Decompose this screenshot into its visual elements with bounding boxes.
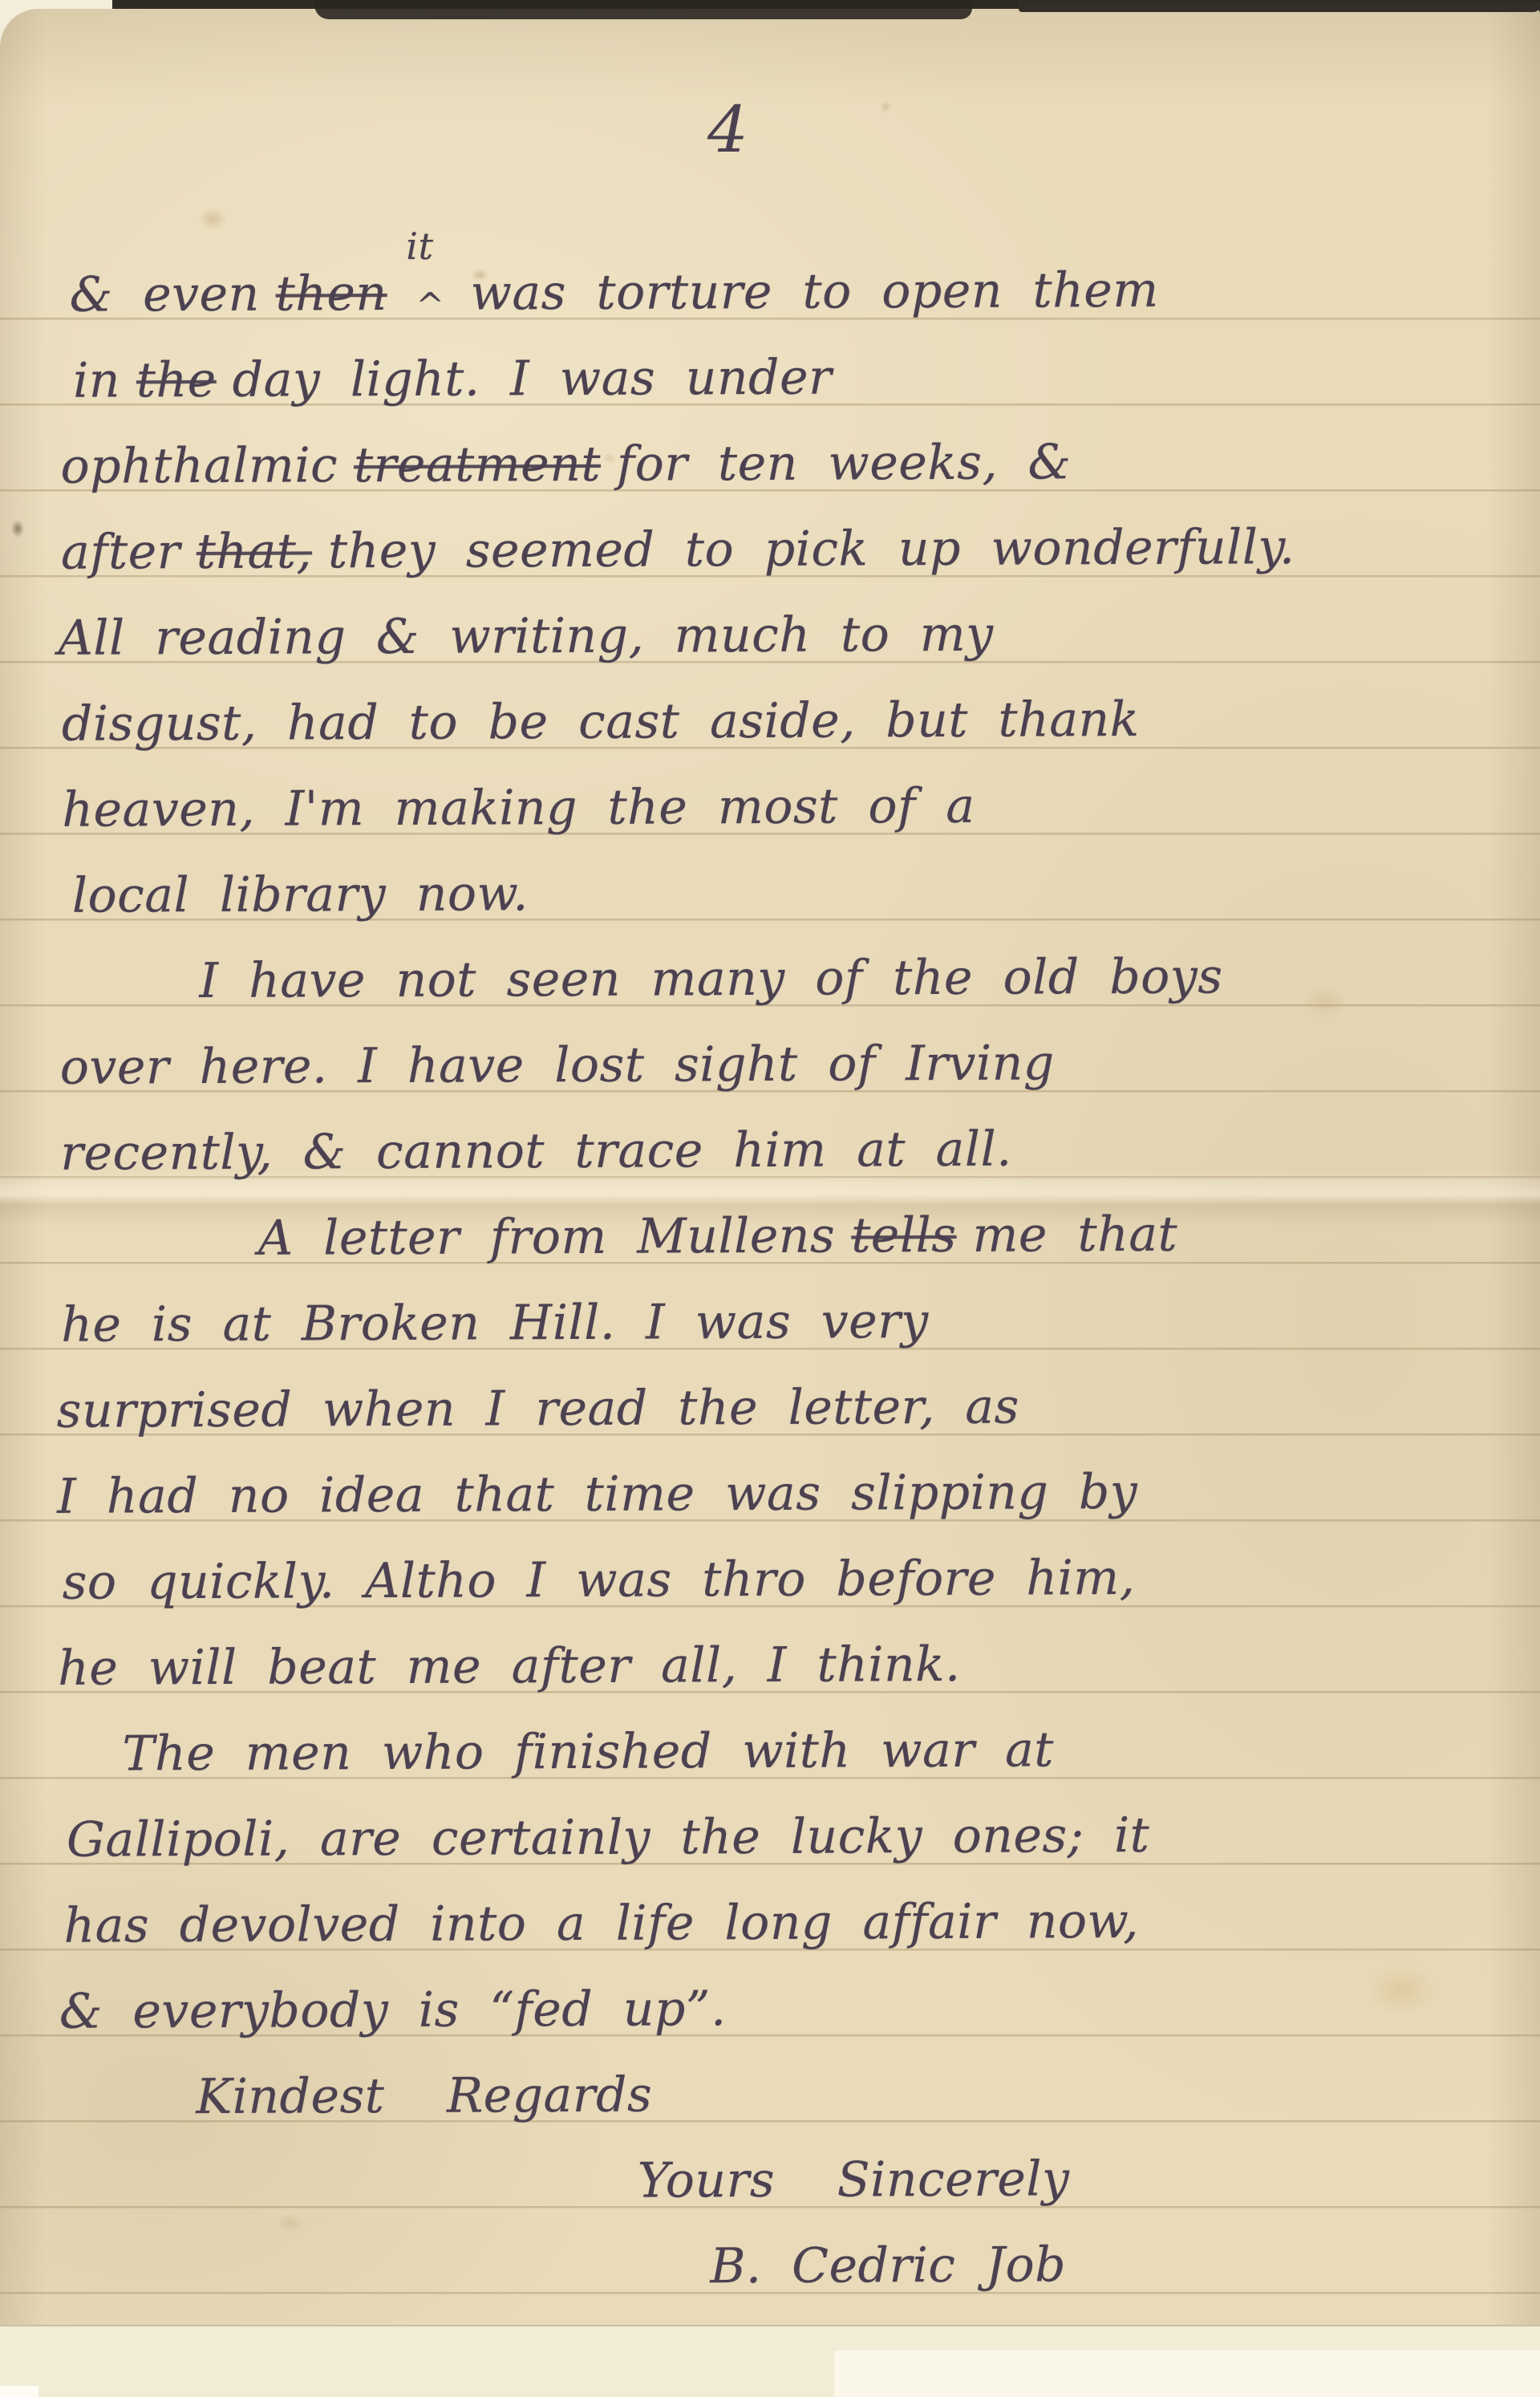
line-text: & everybody is “fed up”. [59,1981,727,2040]
line-text: A letter from Mullens [258,1208,836,1267]
torn-top-edge [314,0,972,19]
line-text: he is at Broken Hill. I was very [61,1293,929,1353]
line-text: surprised when I read the letter, as [57,1379,1019,1439]
line-text: in [73,352,120,408]
line-19: Gallipoli, are certainly the lucky ones;… [2,1791,1518,1884]
insertion-caret: ^ [416,289,445,322]
line-14: surprised when I read the letter, as [0,1362,1516,1454]
line-10: over here. I have lost sight of Irving [0,1019,1515,1111]
line-text: The men who finished with war at [122,1722,1054,1782]
line-text: so quickly. Altho I was thro before him, [62,1550,1135,1611]
line-text: Kindest Regards [196,2067,652,2125]
line-text: recently, & cannot trace him at all. [60,1121,1012,1182]
line-16: so quickly. Altho I was thro before him, [1,1534,1517,1626]
line-text: after [61,524,180,581]
line-11: recently, & cannot trace him at all. [0,1105,1516,1197]
tbar-word: tells [851,1207,957,1264]
inserted-word-wrap: it^ [403,262,454,310]
line-15: I had no idea that time was slipping by [1,1448,1517,1540]
line-text: I have not seen many of the old boys [199,948,1222,1009]
line-text: ophthalmic [60,437,338,495]
tbar-word: then [276,266,387,322]
line-20: has devolved into a life long affair now… [2,1877,1518,1969]
closing-regards: Kindest Regards [3,2049,1519,2141]
letter-scan: 4 & eventhenit^was torture to open themi… [0,0,1540,2397]
line-text: All reading & writing, much to my [58,606,993,667]
page-number: 4 [707,92,748,167]
line-text: disgust, had to be cast aside, but thank [62,692,1140,752]
line-06: disgust, had to be cast aside, but thank [0,675,1514,768]
line-text: I had no idea that time was slipping by [57,1464,1137,1525]
line-17: he will beat me after all, I think. [2,1620,1518,1712]
line-text: he will beat me after all, I think. [58,1637,961,1697]
under-page-edge-bright [834,2350,1540,2397]
line-03: ophthalmictreatmentfor ten weeks, & [0,418,1513,510]
line-text: Yours Sincerely [638,2151,1070,2208]
line-08: local library now. [0,847,1514,939]
letter-body: & eventhenit^was torture to open themint… [0,246,1521,2313]
line-18: The men who finished with war at [2,1705,1518,1798]
line-text: B. Cedric Job [710,2237,1066,2294]
line-text: Gallipoli, are certainly the lucky ones;… [67,1807,1150,1868]
line-21: & everybody is “fed up”. [3,1963,1519,2055]
line-02: intheday light. I was under [0,332,1512,424]
line-07: heaven, I'm making the most of a [0,761,1514,854]
torn-top-edge-right [1019,2,1540,12]
line-04: afterthat,they seemed to pick up wonderf… [0,504,1513,596]
closing-valediction: Yours Sincerely [4,2135,1520,2227]
signature: B. Cedric Job [4,2221,1520,2313]
tbar-word: the [136,352,217,408]
paper-sheet: 4 & eventhenit^was torture to open themi… [0,9,1540,2397]
tbar-word: that, [197,523,313,580]
line-01: & eventhenit^was torture to open them [0,246,1512,339]
line-text: was torture to open them [470,262,1158,322]
under-page-corner [0,2386,38,2397]
line-text: has devolved into a life long affair now… [63,1893,1139,1954]
line-text: heaven, I'm making the most of a [62,778,975,838]
tbar-word: treatment [354,436,601,493]
line-text: they seemed to pick up wonderfully. [328,519,1295,579]
line-text: day light. I was under [233,350,833,408]
line-text: local library now. [72,866,529,923]
inserted-word: it [406,228,433,265]
line-12: A letter from Mullenstellsme that [0,1190,1516,1283]
line-13: he is at Broken Hill. I was very [0,1276,1516,1369]
line-text: over here. I have lost sight of Irving [60,1035,1055,1095]
line-09: I have not seen many of the old boys [0,933,1515,1025]
line-text: me that [972,1207,1177,1263]
line-05: All reading & writing, much to my [0,590,1514,682]
line-text: for ten weeks, & [617,434,1072,492]
line-text: & even [69,266,259,323]
